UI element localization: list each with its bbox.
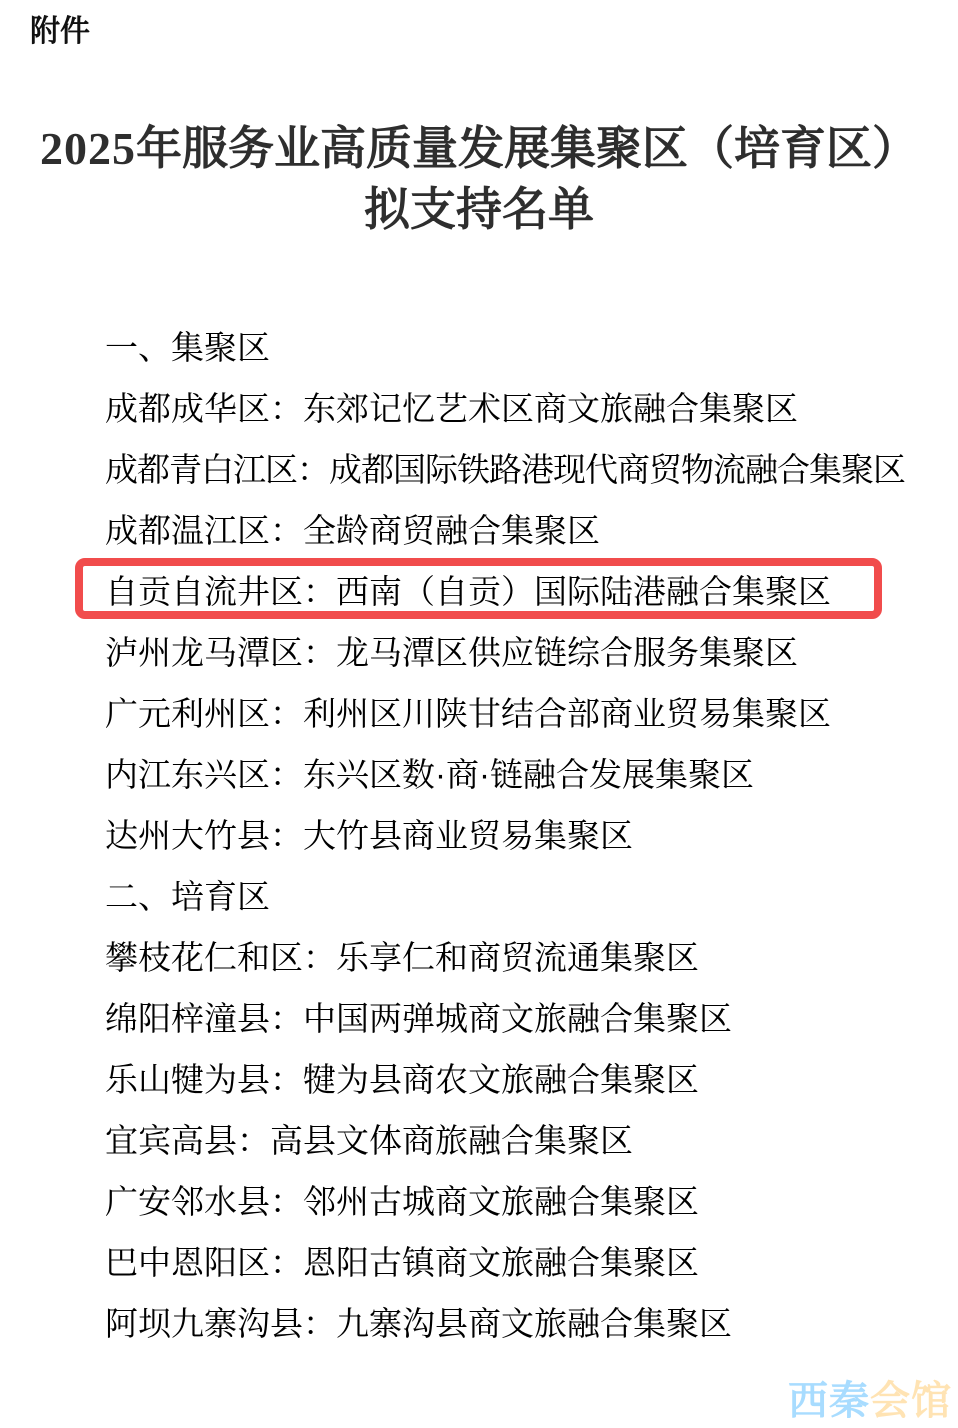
section-heading-cultivation: 二、培育区 bbox=[105, 864, 958, 925]
list-item: 成都成华区：东郊记忆艺术区商文旅融合集聚区 bbox=[105, 376, 958, 437]
title-year: 2025 bbox=[40, 123, 136, 174]
list-item: 巴中恩阳区：恩阳古镇商文旅融合集聚区 bbox=[105, 1230, 958, 1291]
page-title-line1: 2025年服务业高质量发展集聚区（培育区） bbox=[0, 118, 958, 179]
watermark-part2: 会馆 bbox=[870, 1379, 952, 1423]
document-body: 一、集聚区 成都成华区：东郊记忆艺术区商文旅融合集聚区 成都青白江区：成都国际铁… bbox=[105, 315, 958, 1352]
list-item: 宜宾高县：高县文体商旅融合集聚区 bbox=[105, 1108, 958, 1169]
list-item: 泸州龙马潭区：龙马潭区供应链综合服务集聚区 bbox=[105, 620, 958, 681]
list-item-text: 自贡自流井区：西南（自贡）国际陆港融合集聚区 bbox=[105, 566, 831, 613]
list-item: 攀枝花仁和区：乐享仁和商贸流通集聚区 bbox=[105, 925, 958, 986]
title-line1-text: 年服务业高质量发展集聚区（培育区） bbox=[136, 122, 918, 174]
list-item: 阿坝九寨沟县：九寨沟县商文旅融合集聚区 bbox=[105, 1291, 958, 1352]
list-item: 广元利州区：利州区川陕甘结合部商业贸易集聚区 bbox=[105, 681, 958, 742]
list-item: 成都青白江区：成都国际铁路港现代商贸物流融合集聚区 bbox=[105, 437, 958, 498]
attachment-label: 附件 bbox=[30, 6, 90, 50]
page-title: 2025年服务业高质量发展集聚区（培育区） 拟支持名单 bbox=[0, 118, 958, 240]
list-item-highlighted: 自贡自流井区：西南（自贡）国际陆港融合集聚区 bbox=[105, 559, 958, 620]
list-item: 绵阳梓潼县：中国两弹城商文旅融合集聚区 bbox=[105, 986, 958, 1047]
page-title-line2: 拟支持名单 bbox=[0, 179, 958, 240]
list-item: 成都温江区：全龄商贸融合集聚区 bbox=[105, 498, 958, 559]
section-heading-clusters: 一、集聚区 bbox=[105, 315, 958, 376]
list-item: 达州大竹县：大竹县商业贸易集聚区 bbox=[105, 803, 958, 864]
list-item: 内江东兴区：东兴区数·商·链融合发展集聚区 bbox=[105, 742, 958, 803]
watermark-part1: 西秦 bbox=[788, 1379, 870, 1423]
site-watermark: 西秦会馆 bbox=[788, 1369, 952, 1426]
list-item: 广安邻水县：邻州古城商文旅融合集聚区 bbox=[105, 1169, 958, 1230]
list-item: 乐山犍为县：犍为县商农文旅融合集聚区 bbox=[105, 1047, 958, 1108]
